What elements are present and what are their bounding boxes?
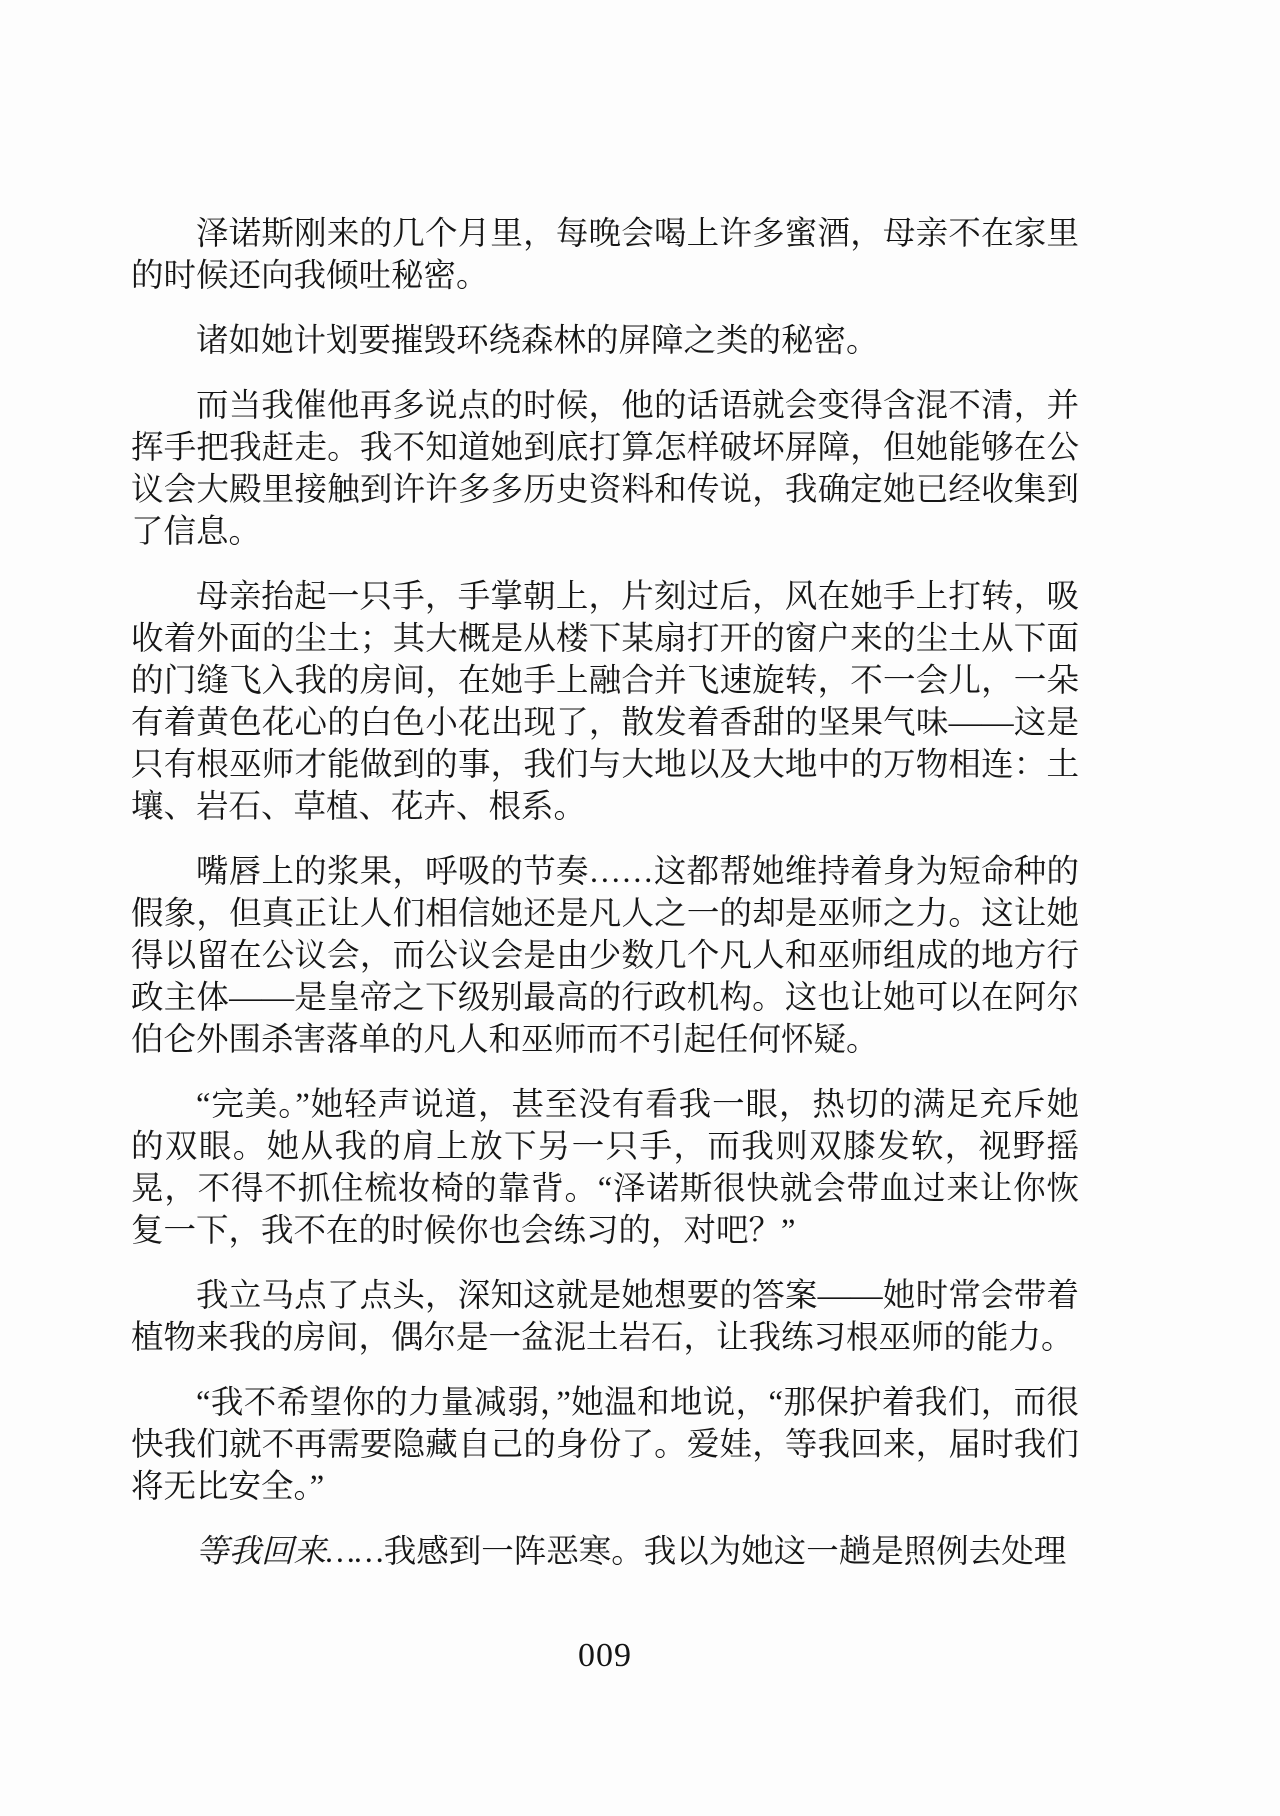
paragraph-3: 而当我催他再多说点的时候，他的话语就会变得含混不清，并挥手把我赶走。我不知道她到…	[131, 385, 1079, 553]
page-body: 泽诺斯刚来的几个月里，每晚会喝上许多蜜酒，母亲不在家里的时候还向我倾吐秘密。 诸…	[131, 213, 1079, 1573]
paragraph-8: “我不希望你的力量减弱，”她温和地说，“那保护着我们，而很快我们就不再需要隐藏自…	[131, 1382, 1079, 1508]
paragraph-1: 泽诺斯刚来的几个月里，每晚会喝上许多蜜酒，母亲不在家里的时候还向我倾吐秘密。	[131, 213, 1079, 297]
paragraph-4: 母亲抬起一只手，手掌朝上，片刻过后，风在她手上打转，吸收着外面的尘土；其大概是从…	[131, 576, 1079, 828]
paragraph-9-text: 我感到一阵恶寒。我以为她这一趟是照例去处理	[384, 1534, 1067, 1570]
page-number: 009	[131, 1638, 1079, 1674]
book-page: 泽诺斯刚来的几个月里，每晚会喝上许多蜜酒，母亲不在家里的时候还向我倾吐秘密。 诸…	[0, 0, 1280, 1816]
italic-phrase: 等我回来……	[196, 1534, 384, 1570]
paragraph-7: 我立马点了点头，深知这就是她想要的答案——她时常会带着植物来我的房间，偶尔是一盆…	[131, 1275, 1079, 1359]
paragraph-9: 等我回来……我感到一阵恶寒。我以为她这一趟是照例去处理	[131, 1531, 1079, 1573]
paragraph-5: 嘴唇上的浆果，呼吸的节奏……这都帮她维持着身为短命种的假象，但真正让人们相信她还…	[131, 851, 1079, 1061]
paragraph-6: “完美。”她轻声说道，甚至没有看我一眼，热切的满足充斥她的双眼。她从我的肩上放下…	[131, 1084, 1079, 1252]
paragraph-2: 诸如她计划要摧毁环绕森林的屏障之类的秘密。	[131, 320, 1079, 362]
